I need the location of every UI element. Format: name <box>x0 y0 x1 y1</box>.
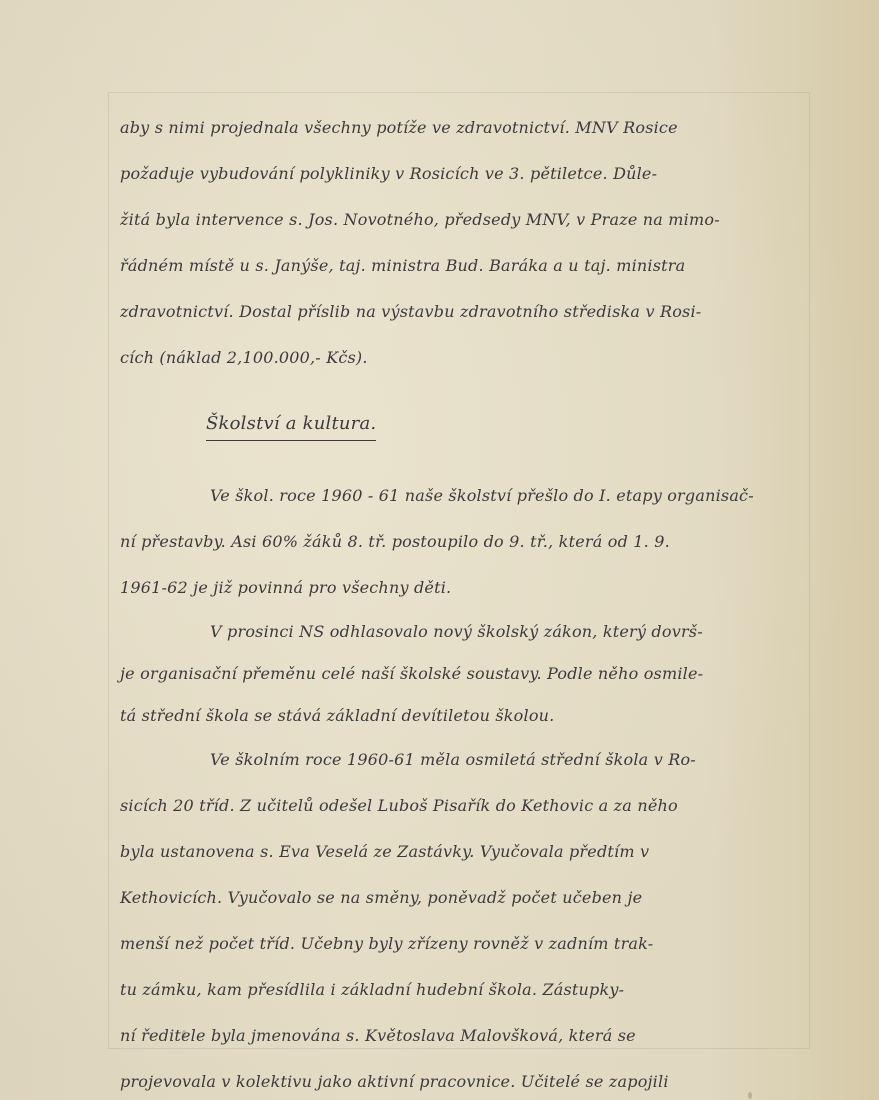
section-heading-wrap: Školství a kultura. <box>120 381 810 473</box>
paragraph-school-law: V prosinci NS odhlasovalo nový školský z… <box>120 611 810 737</box>
text-line: sicích 20 tříd. Z učitelů odešel Luboš P… <box>120 783 810 829</box>
section-heading: Školství a kultura. <box>206 413 376 441</box>
text-line: Ve školním roce 1960-61 měla osmiletá st… <box>120 737 810 783</box>
paragraph-health: aby s nimi projednala všechny potíže ve … <box>120 105 810 381</box>
text-line: aby s nimi projednala všechny potíže ve … <box>120 105 810 151</box>
handwritten-text: aby s nimi projednala všechny potíže ve … <box>120 105 810 1100</box>
text-line: zdravotnictví. Dostal příslib na výstavb… <box>120 289 810 335</box>
text-line: řádném místě u s. Janýše, taj. ministra … <box>120 243 810 289</box>
paragraph-school-year: Ve školním roce 1960-61 měla osmiletá st… <box>120 737 810 1100</box>
text-line: menší než počet tříd. Učebny byly zřízen… <box>120 921 810 967</box>
text-line: tu zámku, kam přesídlila i základní hude… <box>120 967 810 1013</box>
text-line: V prosinci NS odhlasovalo nový školský z… <box>120 611 810 653</box>
text-line: cích (náklad 2,100.000,- Kčs). <box>120 335 810 381</box>
paragraph-school-reform: Ve škol. roce 1960 - 61 naše školství př… <box>120 473 810 611</box>
chronicle-page: aby s nimi projednala všechny potíže ve … <box>0 0 879 1100</box>
text-line: ní přestavby. Asi 60% žáků 8. tř. postou… <box>120 519 810 565</box>
text-line: je organisační přeměnu celé naší školské… <box>120 653 810 695</box>
text-line: ní ředitele byla jmenována s. Květoslava… <box>120 1013 810 1059</box>
text-line: 1961-62 je již povinná pro všechny děti. <box>120 565 810 611</box>
text-line: tá střední škola se stává základní devít… <box>120 695 810 737</box>
text-line: byla ustanovena s. Eva Veselá ze Zastávk… <box>120 829 810 875</box>
text-line: požaduje vybudování polykliniky v Rosicí… <box>120 151 810 197</box>
text-line: Kethovicích. Vyučovalo se na směny, poně… <box>120 875 810 921</box>
text-line: projevovala v kolektivu jako aktivní pra… <box>120 1059 810 1100</box>
text-line: Ve škol. roce 1960 - 61 naše školství př… <box>120 473 810 519</box>
text-line: žitá byla intervence s. Jos. Novotného, … <box>120 197 810 243</box>
